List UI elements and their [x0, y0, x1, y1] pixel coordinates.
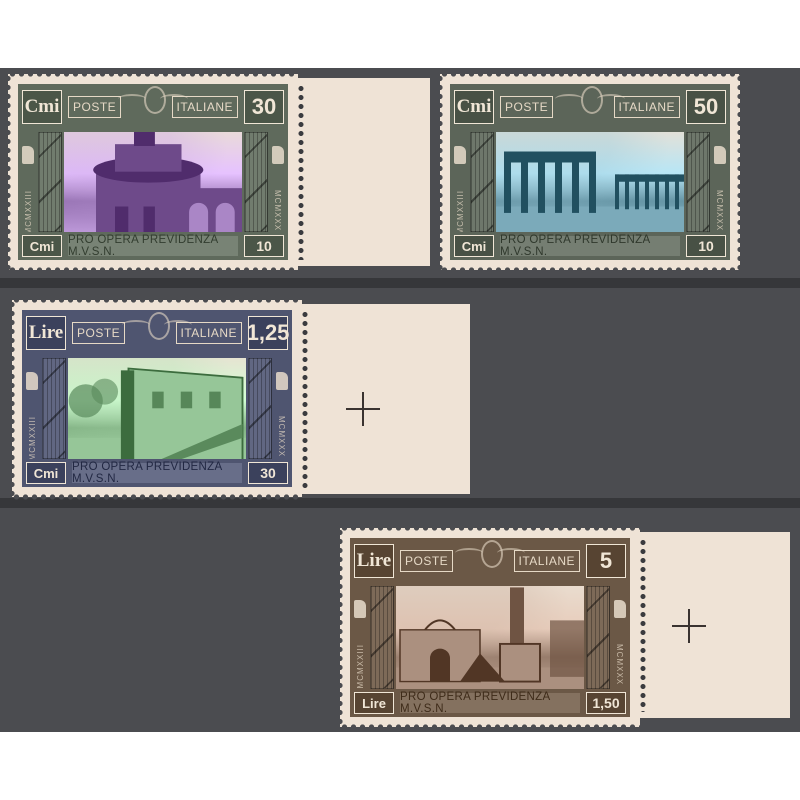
surcharge-value: 10	[244, 235, 284, 257]
stock-row-divider	[0, 278, 800, 288]
currency-bottom: Cmi	[454, 235, 494, 257]
perforation-edge	[8, 267, 298, 273]
italiane-label: ITALIANE	[514, 550, 580, 572]
poste-label: POSTE	[400, 550, 453, 572]
year-right: MCMXXX	[715, 190, 724, 231]
stamp-frame: POSTE ITALIANE MCMXXIII MCMXXX PRO OPERA…	[18, 84, 288, 260]
vignette-scene	[490, 124, 690, 234]
perforation-holes	[640, 538, 646, 712]
fasces-column-left: MCMXXIII	[18, 124, 64, 238]
perforation-holes	[302, 310, 308, 488]
italiane-label: ITALIANE	[172, 96, 238, 118]
surcharge-value: 10	[686, 235, 726, 257]
perforation-edge	[337, 528, 343, 727]
axe-head-icon	[714, 146, 726, 164]
axe-head-icon	[614, 600, 626, 618]
currency-bottom: Cmi	[26, 462, 66, 484]
inscription: PRO OPERA PREVIDENZA M.V.S.N.	[68, 236, 238, 256]
poste-label: POSTE	[500, 96, 553, 118]
face-value: 50	[686, 90, 726, 124]
perforation-holes	[298, 84, 304, 260]
year-left: MCMXXIII	[24, 190, 33, 234]
fasces-column-right: MCMXXX	[242, 124, 288, 238]
perforation-edge	[437, 74, 443, 270]
fasces-icon	[248, 358, 272, 459]
face-value: 5	[586, 544, 626, 578]
perforation-edge	[8, 71, 298, 77]
stamp-vignette-castel-sant-angelo	[58, 124, 248, 234]
perforation-edge	[440, 267, 740, 273]
axe-head-icon	[22, 146, 34, 164]
fasces-icon	[470, 132, 494, 232]
currency-top: Cmi	[454, 90, 494, 124]
face-value: 30	[244, 90, 284, 124]
currency-bottom: Cmi	[22, 235, 62, 257]
perforation-edge	[9, 300, 15, 497]
poste-label: POSTE	[68, 96, 121, 118]
year-left: MCMXXIII	[28, 416, 37, 460]
currency-top: Lire	[354, 544, 394, 578]
year-right: MCMXXX	[615, 644, 624, 685]
surcharge-value: 30	[248, 462, 288, 484]
vignette-scene	[390, 578, 590, 691]
inscription: PRO OPERA PREVIDENZA M.V.S.N.	[500, 236, 680, 256]
axe-head-icon	[454, 146, 466, 164]
vignette-scene	[62, 350, 252, 461]
perforation-edge	[340, 724, 640, 730]
perforation-edge	[737, 74, 743, 270]
italiane-label: ITALIANE	[176, 322, 242, 344]
perforation-edge	[5, 74, 11, 270]
sheet-margin-selvage	[638, 532, 790, 718]
fasces-icon	[42, 358, 66, 459]
stamp-frame: POSTE ITALIANE MCMXXIII MCMXXX PRO OPERA…	[450, 84, 730, 260]
postage-stamp[interactable]: POSTE ITALIANE MCMXXIII MCMXXX PRO OPERA…	[440, 74, 740, 270]
axe-head-icon	[272, 146, 284, 164]
stamp-frame: POSTE ITALIANE MCMXXIII MCMXXX PRO OPERA…	[22, 310, 292, 487]
fasces-column-left: MCMXXIII	[22, 350, 68, 465]
year-left: MCMXXIII	[356, 644, 365, 688]
perforation-edge	[12, 494, 302, 500]
postage-stamp[interactable]: POSTE ITALIANE MCMXXIII MCMXXX PRO OPERA…	[8, 74, 298, 270]
year-right: MCMXXX	[273, 190, 282, 231]
stamp-vignette-aqueduct-of-claudius	[490, 124, 690, 234]
registration-cross-mark	[672, 609, 706, 643]
vignette-scene	[58, 124, 248, 234]
currency-bottom: Lire	[354, 692, 394, 714]
fasces-column-right: MCMXXX	[584, 578, 630, 695]
fasces-column-left: MCMXXIII	[450, 124, 496, 238]
surcharge-value: 1,50	[586, 692, 626, 714]
postage-stamp[interactable]: POSTE ITALIANE MCMXXIII MCMXXX PRO OPERA…	[12, 300, 302, 497]
italiane-label: ITALIANE	[614, 96, 680, 118]
fasces-column-right: MCMXXX	[246, 350, 292, 465]
axe-head-icon	[354, 600, 366, 618]
fasces-column-right: MCMXXX	[684, 124, 730, 238]
stamp-frame: POSTE ITALIANE MCMXXIII MCMXXX PRO OPERA…	[350, 538, 630, 717]
currency-top: Cmi	[22, 90, 62, 124]
sheet-margin-selvage	[296, 78, 430, 266]
fasces-icon	[586, 586, 610, 689]
axe-head-icon	[26, 372, 38, 390]
inscription: PRO OPERA PREVIDENZA M.V.S.N.	[72, 463, 242, 483]
registration-cross-mark	[346, 392, 380, 426]
perforation-edge	[340, 525, 640, 531]
stamp-vignette-capitol-building	[62, 350, 252, 461]
currency-top: Lire	[26, 316, 66, 350]
perforation-edge	[12, 297, 302, 303]
fasces-column-left: MCMXXIII	[350, 578, 396, 695]
perforation-edge	[440, 71, 740, 77]
year-left: MCMXXIII	[456, 190, 465, 234]
axe-head-icon	[276, 372, 288, 390]
fasces-icon	[686, 132, 710, 232]
fasces-icon	[370, 586, 394, 689]
year-right: MCMXXX	[277, 416, 286, 457]
fasces-icon	[38, 132, 62, 232]
stamp-vignette-piazza-del-popolo	[390, 578, 590, 691]
face-value: 1,25	[248, 316, 288, 350]
fasces-icon	[244, 132, 268, 232]
sheet-margin-selvage	[300, 304, 470, 494]
inscription: PRO OPERA PREVIDENZA M.V.S.N.	[400, 693, 580, 713]
postage-stamp[interactable]: POSTE ITALIANE MCMXXIII MCMXXX PRO OPERA…	[340, 528, 640, 727]
poste-label: POSTE	[72, 322, 125, 344]
